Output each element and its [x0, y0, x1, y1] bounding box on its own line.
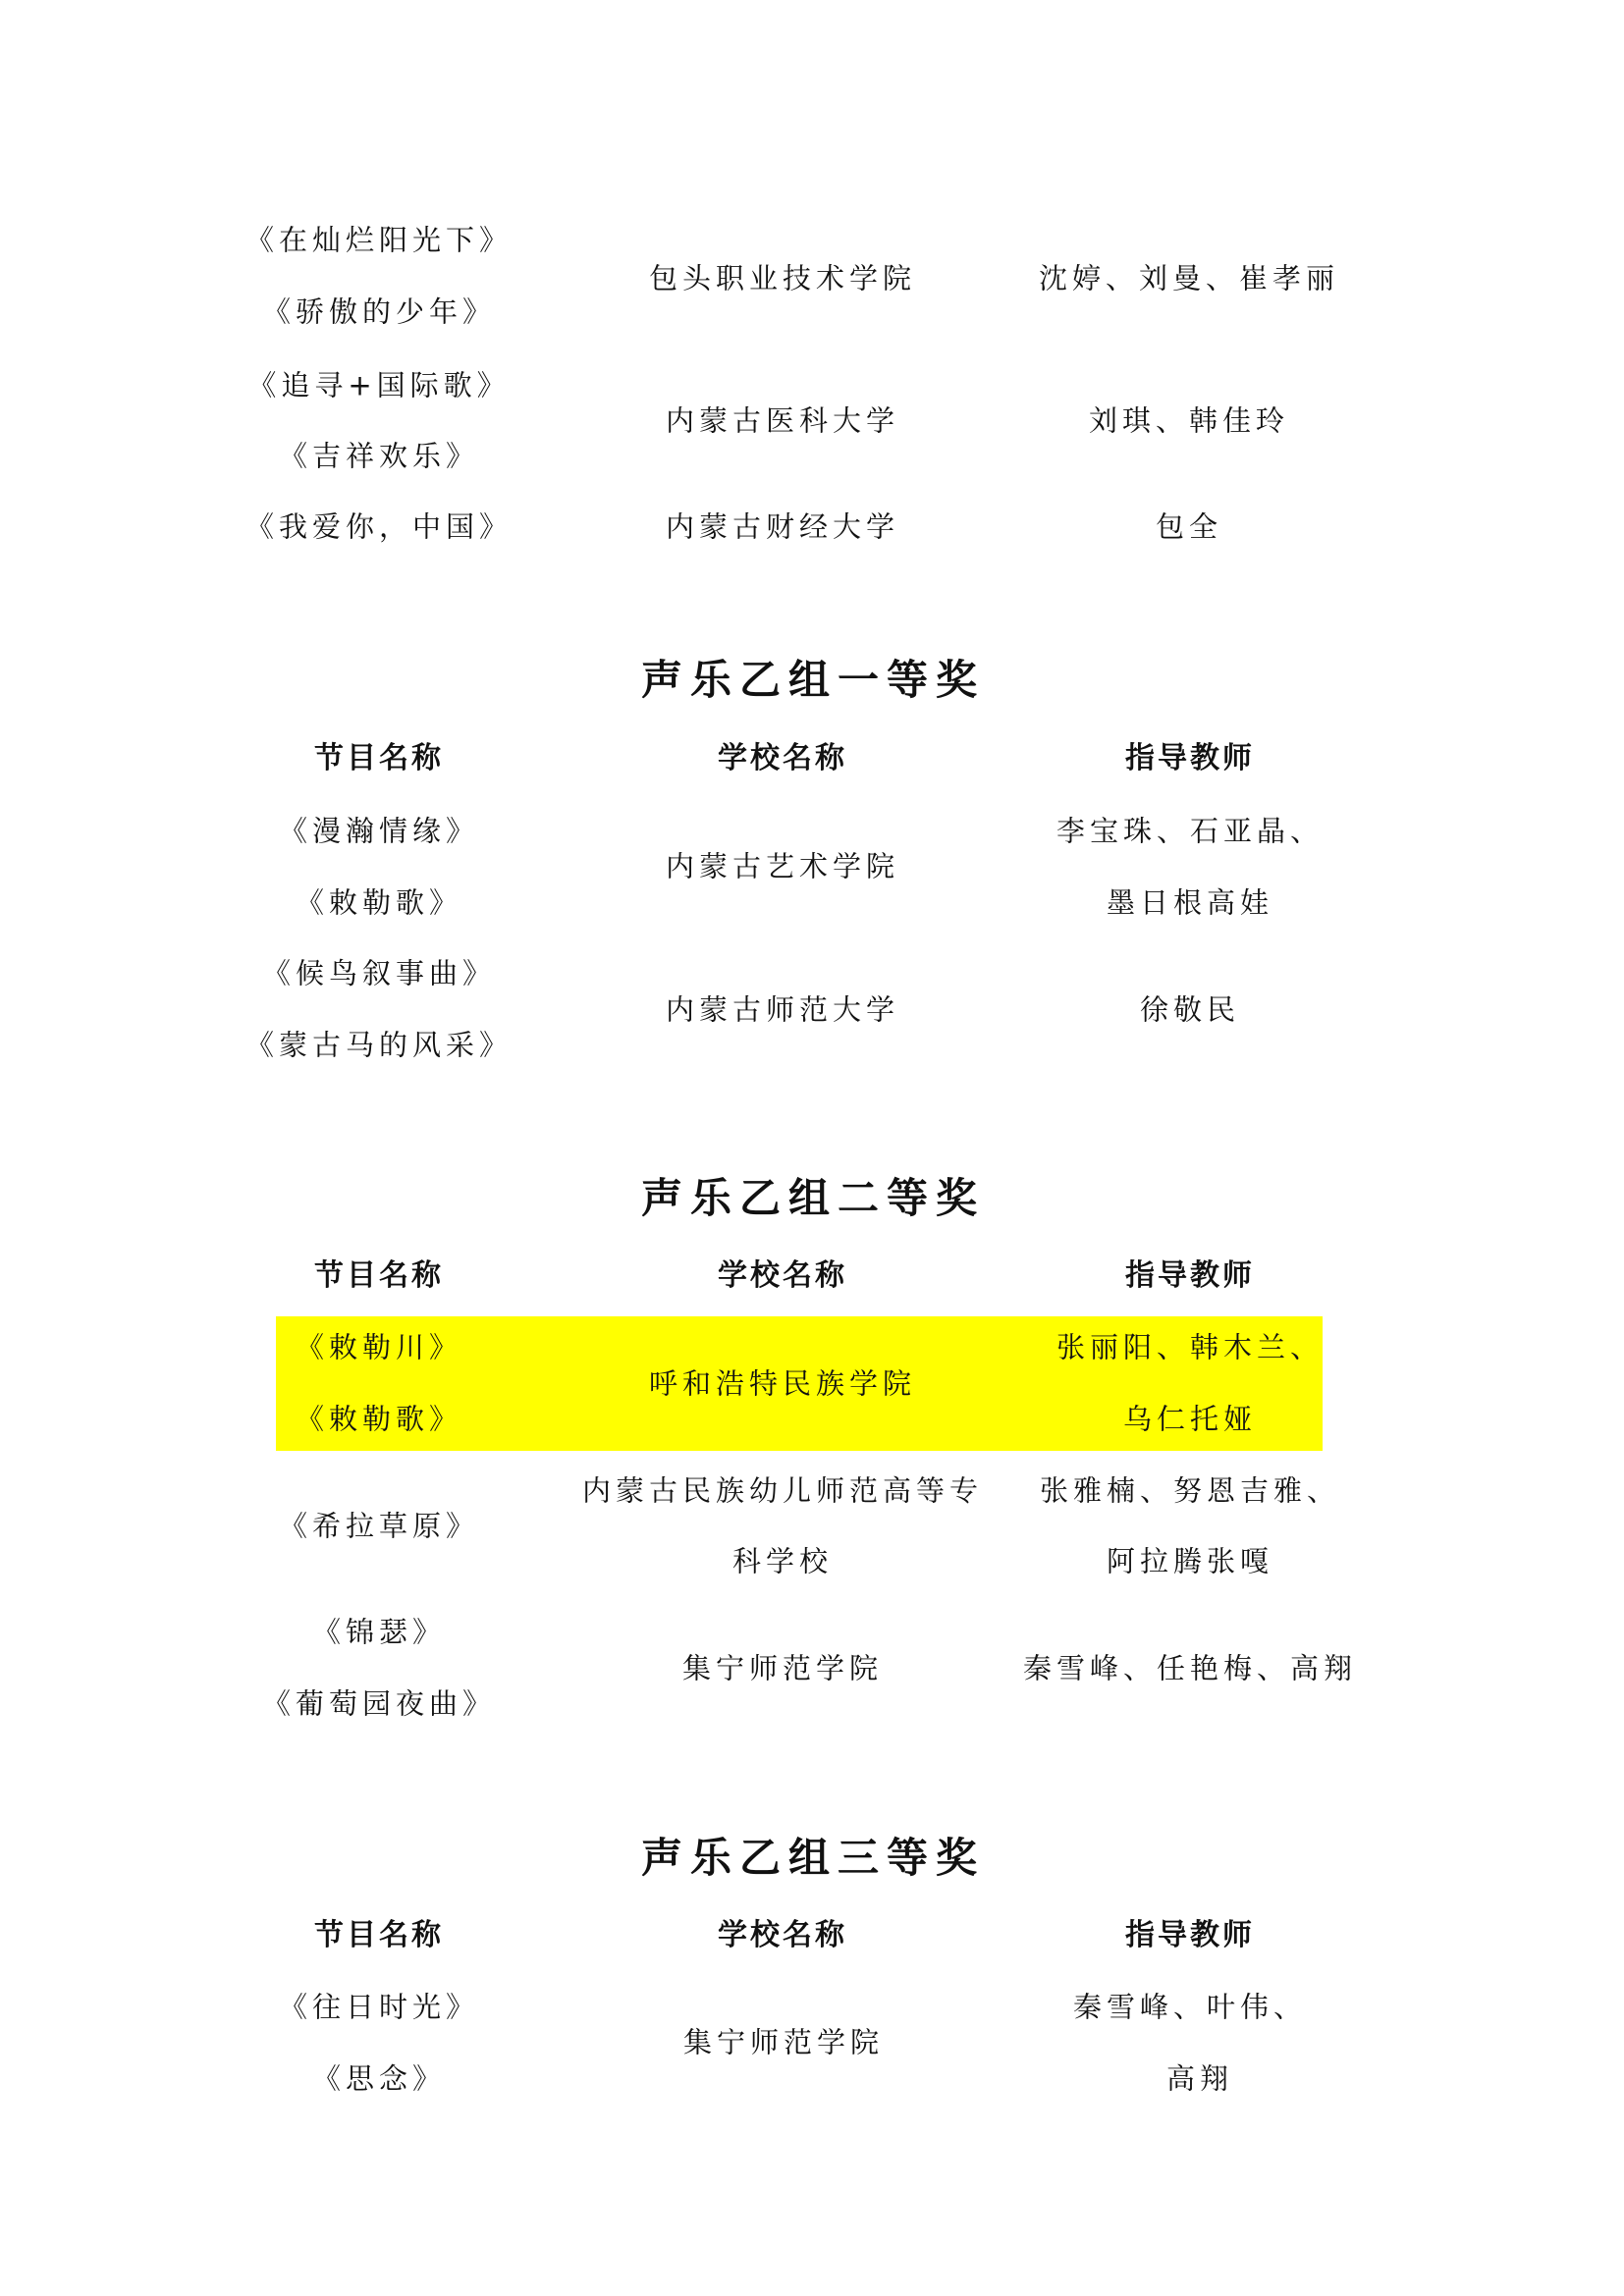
program-name: 《往日时光》: [279, 1994, 479, 2022]
school-name: 内蒙古医科大学: [666, 407, 899, 436]
school-name: 包头职业技术学院: [649, 265, 916, 294]
program-name: 《漫瀚情缘》: [279, 818, 479, 846]
program-name: 《蒙古马的风采》: [245, 1032, 513, 1060]
section-title: 声乐乙组一等奖: [641, 660, 985, 701]
section-title: 声乐乙组二等奖: [641, 1178, 985, 1219]
program-name: 《在灿烂阳光下》: [245, 227, 513, 255]
header-program: 节目名称: [314, 1921, 444, 1950]
teacher-names: 李宝珠、石亚晶、: [1056, 818, 1324, 846]
program-name: 《敕勒歌》: [296, 889, 462, 918]
program-name: 《敕勒歌》: [296, 1406, 462, 1434]
teacher-names: 乌仁托娅: [1123, 1406, 1257, 1434]
header-teacher: 指导教师: [1125, 744, 1255, 774]
school-name: 集宁师范学院: [682, 1655, 883, 1683]
school-name: 科学校: [732, 1548, 833, 1576]
header-program: 节目名称: [314, 744, 444, 774]
header-school: 学校名称: [718, 744, 847, 774]
section-title: 声乐乙组三等奖: [641, 1838, 985, 1879]
teacher-names: 张雅楠、努恩吉雅、: [1040, 1477, 1340, 1506]
school-name: 内蒙古师范大学: [666, 996, 899, 1025]
program-name: 《骄傲的少年》: [262, 298, 496, 327]
teacher-names: 沈婷、刘曼、崔孝丽: [1039, 265, 1339, 294]
program-name: 《敕勒川》: [296, 1334, 462, 1362]
teacher-names: 秦雪峰、任艳梅、高翔: [1023, 1655, 1357, 1683]
program-name: 《思念》: [312, 2065, 446, 2094]
program-name: 《候鸟叙事曲》: [262, 960, 496, 988]
program-name: 《我爱你，中国》: [245, 513, 513, 542]
teacher-names: 阿拉腾张嘎: [1107, 1548, 1273, 1576]
header-teacher: 指导教师: [1125, 1921, 1255, 1950]
school-name: 集宁师范学院: [683, 2029, 884, 2057]
teacher-names: 包全: [1156, 513, 1222, 542]
teacher-names: 张丽阳、韩木兰、: [1056, 1334, 1324, 1362]
school-name: 内蒙古艺术学院: [666, 853, 899, 881]
program-name: 《追寻+国际歌》: [247, 372, 510, 400]
teacher-names: 高翔: [1166, 2065, 1233, 2094]
header-program: 节目名称: [314, 1261, 444, 1291]
teacher-names: 墨日根高娃: [1107, 889, 1273, 918]
header-school: 学校名称: [718, 1921, 847, 1950]
program-name: 《锦瑟》: [312, 1619, 446, 1647]
school-name: 内蒙古财经大学: [666, 513, 899, 542]
program-name: 《葡萄园夜曲》: [262, 1690, 496, 1719]
school-name: 内蒙古民族幼儿师范高等专: [582, 1477, 983, 1506]
teacher-names: 徐敬民: [1140, 996, 1240, 1025]
teacher-names: 刘琪、韩佳玲: [1089, 407, 1289, 436]
program-name: 《希拉草原》: [279, 1513, 479, 1541]
header-school: 学校名称: [718, 1261, 847, 1291]
program-name: 《吉祥欢乐》: [279, 443, 479, 471]
teacher-names: 秦雪峰、叶伟、: [1073, 1994, 1307, 2022]
header-teacher: 指导教师: [1125, 1261, 1255, 1291]
school-name: 呼和浩特民族学院: [649, 1370, 916, 1399]
